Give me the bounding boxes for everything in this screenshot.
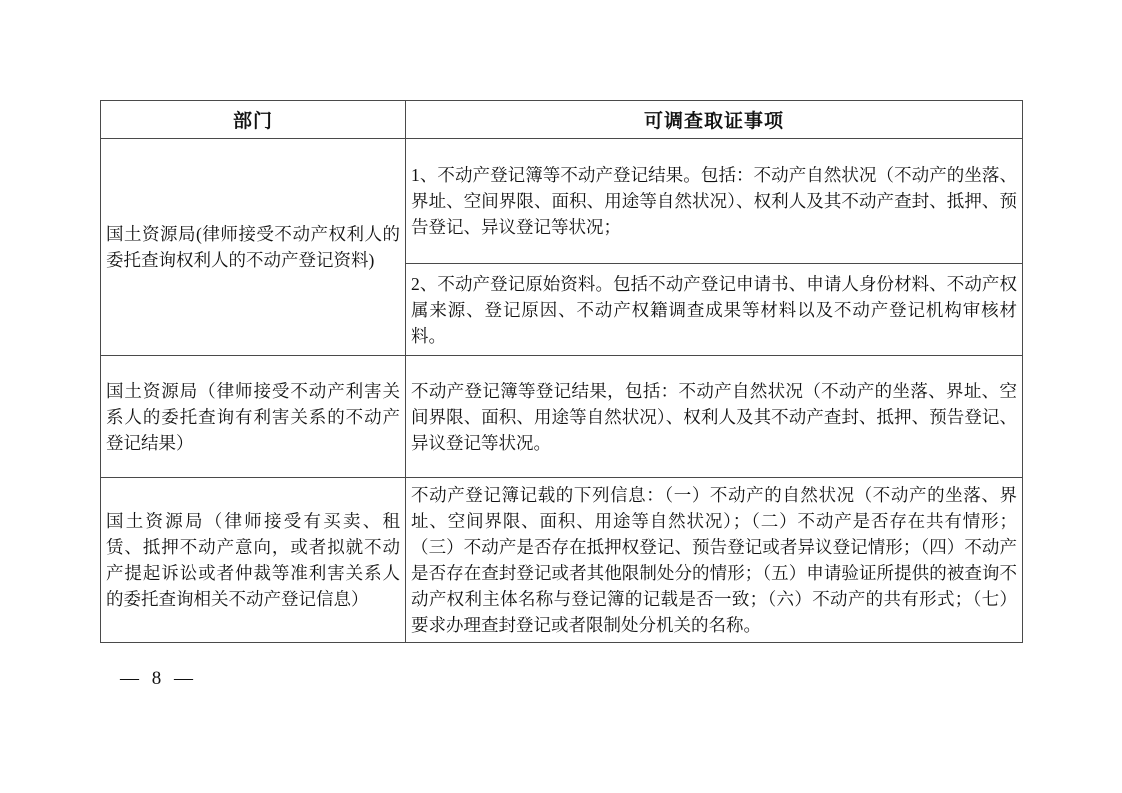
- department-cell-row1: 国土资源局(律师接受不动产权利人的委托查询权利人的不动产登记资料): [101, 139, 406, 356]
- table-row: 国土资源局（律师接受有买卖、租赁、抵押不动产意向，或者拟就不动产提起诉讼或者仲裁…: [101, 478, 1023, 643]
- department-cell-row3: 国土资源局（律师接受有买卖、租赁、抵押不动产意向，或者拟就不动产提起诉讼或者仲裁…: [101, 478, 406, 643]
- department-cell-row2: 国土资源局（律师接受不动产利害关系人的委托查询有利害关系的不动产登记结果）: [101, 356, 406, 478]
- evidence-table: 部门 可调查取证事项 国土资源局(律师接受不动产权利人的委托查询权利人的不动产登…: [100, 100, 1023, 643]
- table-row: 国土资源局(律师接受不动产权利人的委托查询权利人的不动产登记资料) 1、不动产登…: [101, 139, 1023, 264]
- table-row: 国土资源局（律师接受不动产利害关系人的委托查询有利害关系的不动产登记结果） 不动…: [101, 356, 1023, 478]
- header-cell-items: 可调查取证事项: [406, 101, 1023, 139]
- page-number: — 8 —: [120, 668, 197, 690]
- document-page: 部门 可调查取证事项 国土资源局(律师接受不动产权利人的委托查询权利人的不动产登…: [0, 0, 1122, 793]
- items-cell-row1-part1: 1、不动产登记簿等不动产登记结果。包括：不动产自然状况（不动产的坐落、界址、空间…: [406, 139, 1023, 264]
- table-header-row: 部门 可调查取证事项: [101, 101, 1023, 139]
- items-cell-row2: 不动产登记簿等登记结果，包括：不动产自然状况（不动产的坐落、界址、空间界限、面积…: [406, 356, 1023, 478]
- items-cell-row3: 不动产登记簿记载的下列信息：（一）不动产的自然状况（不动产的坐落、界址、空间界限…: [406, 478, 1023, 643]
- items-cell-row1-part2: 2、不动产登记原始资料。包括不动产登记申请书、申请人身份材料、不动产权属来源、登…: [406, 264, 1023, 356]
- header-cell-department: 部门: [101, 101, 406, 139]
